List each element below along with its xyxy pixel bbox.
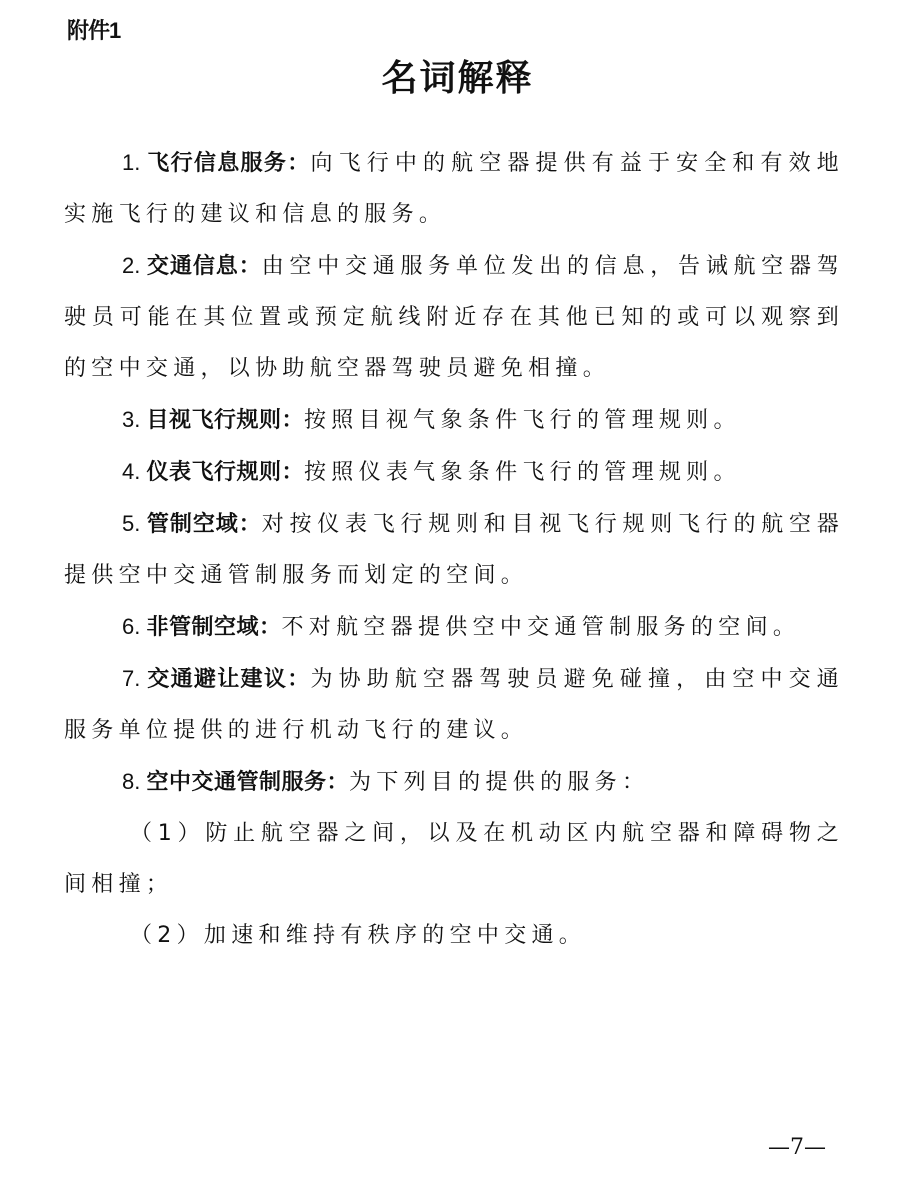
entry-1: 1. 飞行信息服务：向飞行中的航空器提供有益于安全和有效地实施飞行的建议和信息的… bbox=[64, 137, 844, 240]
entry-definition: 为下列目的提供的服务： bbox=[349, 770, 649, 795]
entry-5: 5. 管制空域：对按仪表飞行规则和目视飞行规则飞行的航空器提供空中交通管制服务而… bbox=[64, 498, 844, 601]
entry-3: 3. 目视飞行规则：按照目视气象条件飞行的管理规则。 bbox=[64, 394, 844, 446]
entry-6: 6. 非管制空域：不对航空器提供空中交通管制服务的空间。 bbox=[64, 601, 844, 653]
page-number: —7— bbox=[768, 1135, 826, 1160]
entry-term: 8. 空中交通管制服务： bbox=[122, 770, 349, 795]
attachment-label: 附件1 bbox=[67, 14, 120, 45]
entry-definition: 按照仪表气象条件飞行的管理规则。 bbox=[304, 460, 741, 485]
entry-definition: 按照目视气象条件飞行的管理规则。 bbox=[304, 408, 741, 433]
document-title: 名词解释 bbox=[0, 50, 915, 101]
entry-definition: 不对航空器提供空中交通管制服务的空间。 bbox=[281, 615, 800, 640]
entry-term: 5. 管制空域： bbox=[122, 512, 262, 537]
entry-2: 2. 交通信息：由空中交通服务单位发出的信息，告诫航空器驾驶员可能在其位置或预定… bbox=[64, 240, 844, 394]
entry-term: 3. 目视飞行规则： bbox=[122, 408, 304, 433]
entry-term: 1. 飞行信息服务： bbox=[122, 151, 311, 176]
sub-item-1: （1）防止航空器之间，以及在机动区内航空器和障碍物之间相撞； bbox=[64, 808, 844, 910]
entry-8: 8. 空中交通管制服务：为下列目的提供的服务： bbox=[64, 756, 844, 808]
entry-term: 7. 交通避让建议： bbox=[122, 667, 311, 692]
document-body: 1. 飞行信息服务：向飞行中的航空器提供有益于安全和有效地实施飞行的建议和信息的… bbox=[64, 137, 844, 961]
entry-4: 4. 仪表飞行规则：按照仪表气象条件飞行的管理规则。 bbox=[64, 446, 844, 498]
entry-term: 2. 交通信息： bbox=[122, 254, 262, 279]
entry-term: 4. 仪表飞行规则： bbox=[122, 460, 304, 485]
sub-item-2: （2）加速和维持有秩序的空中交通。 bbox=[64, 910, 844, 961]
entry-term: 6. 非管制空域： bbox=[122, 615, 281, 640]
entry-7: 7. 交通避让建议：为协助航空器驾驶员避免碰撞，由空中交通服务单位提供的进行机动… bbox=[64, 653, 844, 756]
